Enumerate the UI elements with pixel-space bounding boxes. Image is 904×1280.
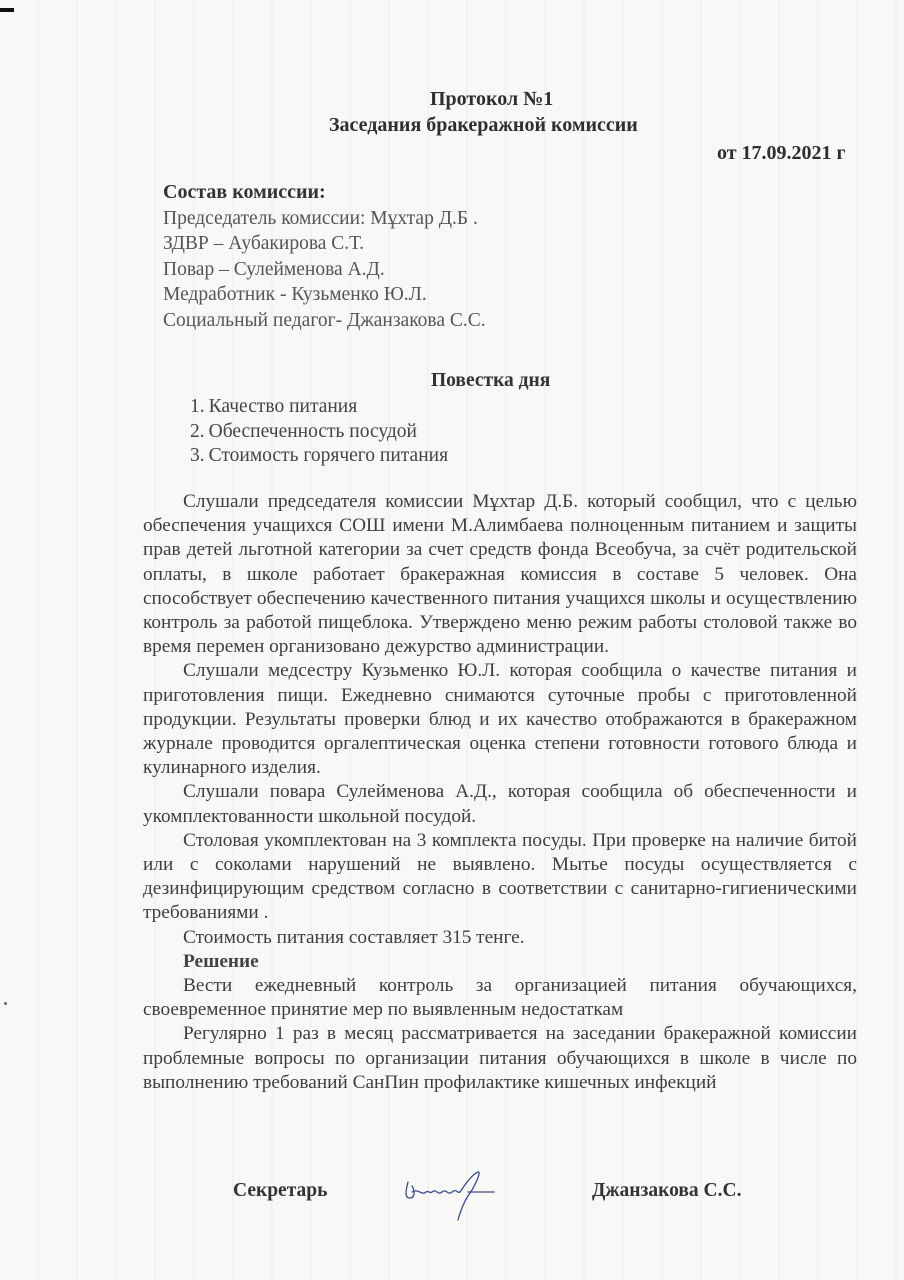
document-subtitle: Заседания бракеражной комиссии — [329, 114, 638, 137]
commission-member-social-teacher: Социальный педагог- Джанзакова С.С. — [163, 308, 486, 334]
document-date: от 17.09.2021 г — [717, 142, 846, 165]
agenda-item-text: Качество питания — [209, 396, 358, 417]
agenda-list: 1.Качество питания 2.Обеспеченность посу… — [190, 395, 448, 469]
paragraph-chair-report: Слушали председателя комиссии Мұхтар Д.Б… — [143, 490, 857, 659]
commission-composition: Состав комиссии: Председатель комиссии: … — [163, 180, 486, 333]
commission-member-cook: Повар – Сулейменова А.Д. — [163, 257, 486, 283]
agenda-item: 3.Стоимость горячего питания — [190, 444, 448, 469]
signature-role: Секретарь — [233, 1180, 327, 1202]
decision-heading: Решение — [143, 950, 857, 974]
decision-paragraph: Регулярно 1 раз в месяц рассматривается … — [143, 1022, 857, 1095]
agenda-item: 1.Качество питания — [190, 395, 448, 420]
agenda-item-number: 2. — [190, 421, 205, 442]
agenda-item-text: Стоимость горячего питания — [209, 445, 448, 466]
scan-edge-mark — [0, 8, 14, 12]
handwritten-signature-icon — [398, 1168, 518, 1228]
protocol-body: Слушали председателя комиссии Мұхтар Д.Б… — [143, 490, 857, 1095]
scan-speck — [4, 1002, 7, 1005]
decision-paragraph: Вести ежедневный контроль за организацие… — [143, 974, 857, 1022]
commission-member-chair: Председатель комиссии: Мұхтар Д.Б . — [163, 206, 486, 232]
document-title: Протокол №1 — [430, 88, 553, 111]
agenda-item-number: 1. — [190, 396, 205, 417]
paragraph-nurse-report: Слушали медсестру Кузьменко Ю.Л. которая… — [143, 659, 857, 780]
commission-member-zdvr: ЗДВР – Аубакирова С.Т. — [163, 231, 486, 257]
commission-member-medic: Медработник - Кузьменко Ю.Л. — [163, 282, 486, 308]
agenda-heading: Повестка дня — [431, 370, 550, 392]
agenda-item-text: Обеспеченность посудой — [209, 421, 417, 442]
paragraph-cook-report: Слушали повара Сулейменова А.Д., которая… — [143, 780, 857, 828]
agenda-item: 2.Обеспеченность посудой — [190, 420, 448, 445]
signature-name: Джанзакова С.С. — [592, 1180, 741, 1202]
commission-heading: Состав комиссии: — [163, 180, 486, 206]
paragraph-dishware: Столовая укомплектован на 3 комплекта по… — [143, 829, 857, 926]
agenda-item-number: 3. — [190, 445, 205, 466]
paragraph-cost: Стоимость питания составляет 315 тенге. — [143, 926, 857, 950]
scanned-document-page: Протокол №1 Заседания бракеражной комисс… — [0, 0, 904, 1280]
signature-block: Секретарь Джанзакова С.С. — [0, 1178, 904, 1238]
